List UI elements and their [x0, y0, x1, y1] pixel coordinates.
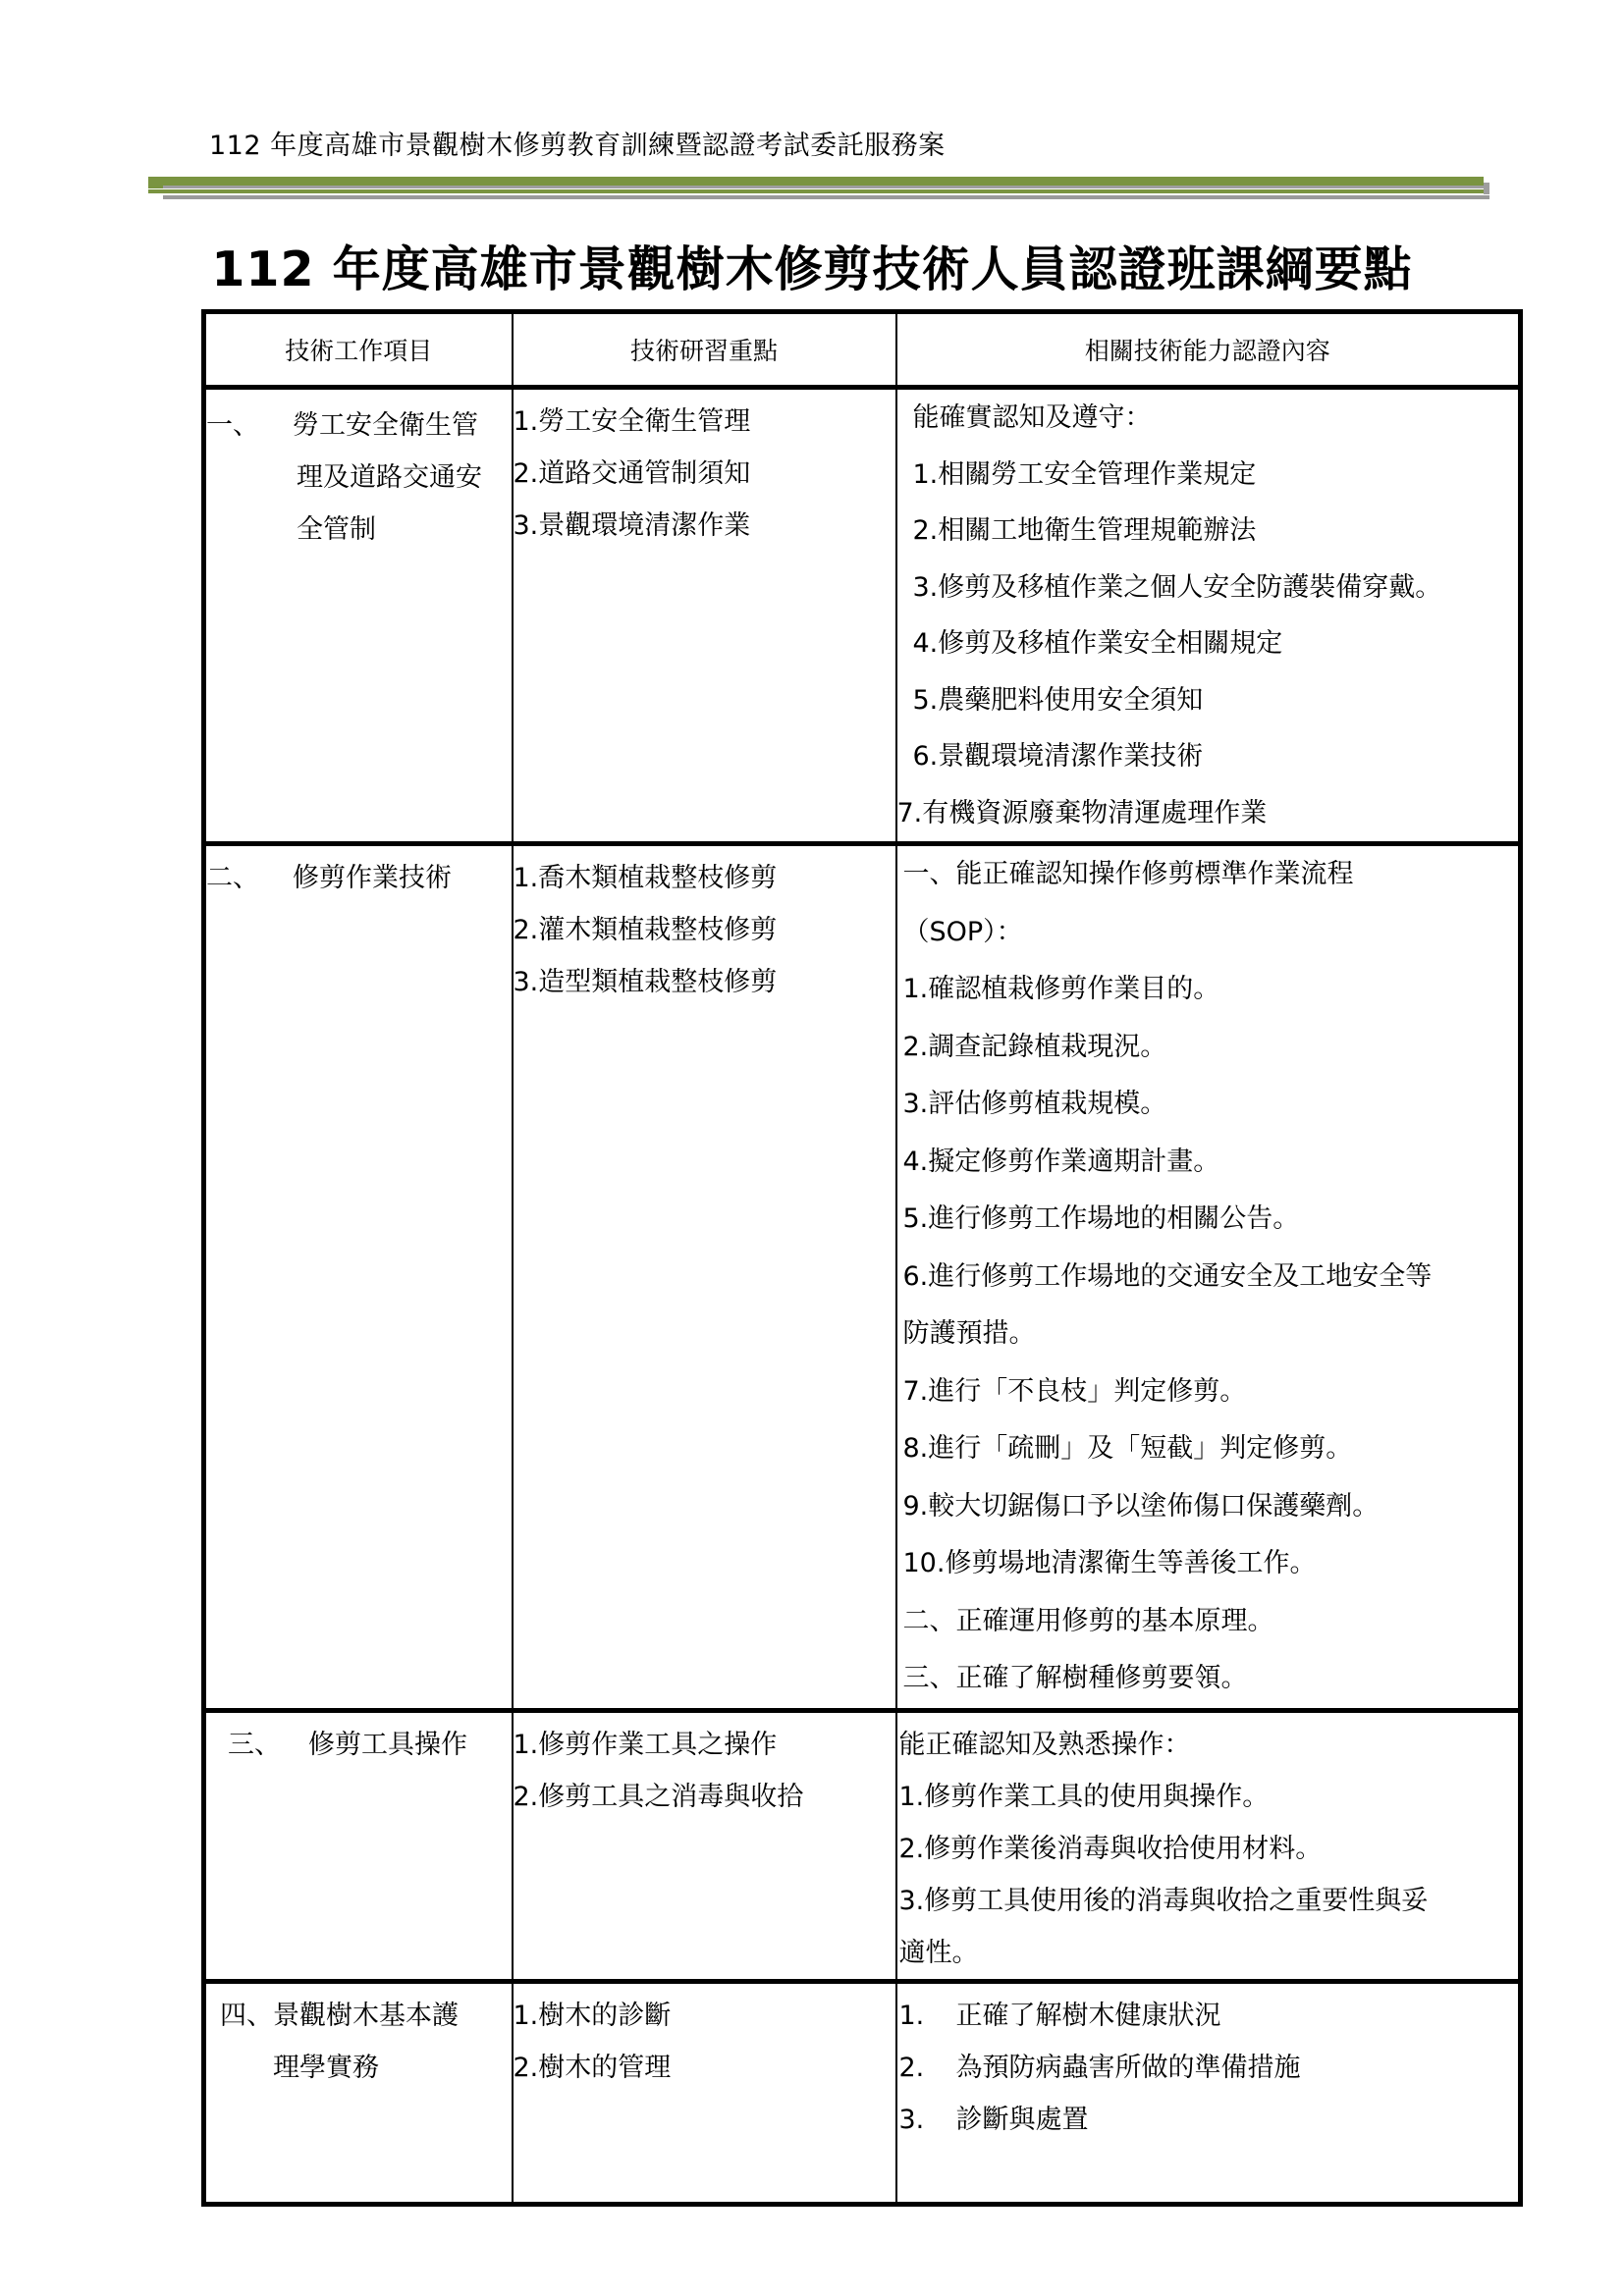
competency-item: 6.進行修剪工作場地的交通安全及工地安全等: [897, 1249, 1519, 1307]
competency-item: 2.修剪作業後消毒與收拾使用材料。: [897, 1823, 1519, 1875]
syllabus-table: 技術工作項目 技術研習重點 相關技術能力認證內容 一、勞工安全衛生管 理及道路交…: [201, 309, 1523, 2207]
competency-item: 防護預措。: [897, 1306, 1519, 1363]
competency-item: 4.修剪及移植作業安全相關規定: [897, 615, 1519, 672]
competency-item: 一、能正確認知操作修剪標準作業流程: [897, 846, 1519, 904]
item-number: 二、: [206, 852, 293, 904]
item-text: 景觀樹木基本護: [273, 2001, 459, 2031]
competency-item: 適性。: [897, 1927, 1519, 1979]
training-focus-cell: 1.勞工安全衛生管理 2.道路交通管制須知 3.景觀環境清潔作業: [513, 388, 896, 844]
header-rule-green-thin: [148, 189, 1484, 193]
item-text: 理學實務: [220, 2042, 512, 2094]
training-focus-cell: 1.喬木類植栽整枝修剪 2.灌木類植栽整枝修剪 3.造型類植栽整枝修剪: [513, 844, 896, 1711]
competency-item: 2.調查記錄植栽現況。: [897, 1019, 1519, 1077]
running-header: 112 年度高雄市景觀樹木修剪教育訓練暨認證考試委託服務案: [209, 124, 946, 162]
competency-item: 9.較大切鋸傷口予以塗佈傷口保護藥劑。: [897, 1478, 1519, 1536]
competency-item: 三、正確了解樹種修剪要領。: [897, 1650, 1519, 1708]
column-header-work-item: 技術工作項目: [204, 312, 513, 388]
competency-item: 5.農藥肥料使用安全須知: [897, 672, 1519, 729]
focus-item: 3.造型類植栽整枝修剪: [514, 956, 895, 1008]
header-rule-gray: [163, 195, 1489, 199]
focus-item: 1.勞工安全衛生管理: [514, 396, 895, 448]
focus-item: 1.修剪作業工具之操作: [514, 1719, 895, 1771]
item-text: 修剪工具操作: [308, 1730, 467, 1760]
item-text: 全管制: [206, 504, 512, 556]
item-text: 勞工安全衛生管: [293, 410, 478, 441]
item-text: 理及道路交通安: [206, 452, 512, 504]
training-focus-cell: 1.樹木的診斷 2.樹木的管理: [513, 1981, 896, 2204]
competency-item: 1.正確了解樹木健康狀況: [897, 1990, 1519, 2042]
page-title: 112 年度高雄市景觀樹木修剪技術人員認證班課綱要點: [0, 232, 1624, 300]
table-row: 四、景觀樹木基本護 理學實務 1.樹木的診斷 2.樹木的管理 1.正確了解樹木健…: [204, 1981, 1521, 2204]
item-text: 修剪作業技術: [293, 863, 452, 893]
training-focus-cell: 1.修剪作業工具之操作 2.修剪工具之消毒與收拾: [513, 1710, 896, 1981]
competency-cell: 能確實認知及遵守： 1.相關勞工安全管理作業規定 2.相關工地衛生管理規範辦法 …: [896, 388, 1521, 844]
competency-item: 3.診斷與處置: [897, 2094, 1519, 2146]
work-item-cell: 四、景觀樹木基本護 理學實務: [204, 1981, 513, 2204]
competency-cell: 能正確認知及熟悉操作： 1.修剪作業工具的使用與操作。 2.修剪作業後消毒與收拾…: [896, 1710, 1521, 1981]
competency-item: 1.確認植栽修剪作業目的。: [897, 961, 1519, 1019]
header-rule-gray-inner: [163, 186, 1489, 188]
competency-item: 2.為預防病蟲害所做的準備措施: [897, 2042, 1519, 2094]
focus-item: 1.樹木的診斷: [514, 1990, 895, 2042]
competency-cell: 1.正確了解樹木健康狀況 2.為預防病蟲害所做的準備措施 3.診斷與處置: [896, 1981, 1521, 2204]
item-number: 三、: [228, 1719, 308, 1771]
table-row: 三、修剪工具操作 1.修剪作業工具之操作 2.修剪工具之消毒與收拾 能正確認知及…: [204, 1710, 1521, 1981]
competency-item: 2.相關工地衛生管理規範辦法: [897, 503, 1519, 560]
competency-item: 能正確認知及熟悉操作：: [897, 1719, 1519, 1771]
work-item-cell: 一、勞工安全衛生管 理及道路交通安 全管制: [204, 388, 513, 844]
competency-cell: 一、能正確認知操作修剪標準作業流程 （SOP）： 1.確認植栽修剪作業目的。 2…: [896, 844, 1521, 1711]
competency-item: 6.景觀環境清潔作業技術: [897, 728, 1519, 785]
column-header-training-focus: 技術研習重點: [513, 312, 896, 388]
work-item-cell: 二、修剪作業技術: [204, 844, 513, 1711]
competency-item: 3.修剪工具使用後的消毒與收拾之重要性與妥: [897, 1875, 1519, 1927]
item-number: 四、: [220, 2001, 273, 2031]
item-number: 一、: [206, 400, 293, 452]
competency-item: （SOP）：: [897, 904, 1519, 962]
competency-item: 3.修剪及移植作業之個人安全防護裝備穿戴。: [897, 560, 1519, 616]
table-row: 二、修剪作業技術 1.喬木類植栽整枝修剪 2.灌木類植栽整枝修剪 3.造型類植栽…: [204, 844, 1521, 1711]
competency-item: 7.進行「不良枝」判定修剪。: [897, 1363, 1519, 1421]
competency-item: 二、正確運用修剪的基本原理。: [897, 1593, 1519, 1651]
table-header-row: 技術工作項目 技術研習重點 相關技術能力認證內容: [204, 312, 1521, 388]
competency-item: 3.評估修剪植栽規模。: [897, 1076, 1519, 1134]
work-item-cell: 三、修剪工具操作: [204, 1710, 513, 1981]
focus-item: 2.樹木的管理: [514, 2042, 895, 2094]
header-rule-shadow: [1484, 183, 1489, 194]
table-row: 一、勞工安全衛生管 理及道路交通安 全管制 1.勞工安全衛生管理 2.道路交通管…: [204, 388, 1521, 844]
competency-item: 5.進行修剪工作場地的相關公告。: [897, 1191, 1519, 1249]
focus-item: 3.景觀環境清潔作業: [514, 500, 895, 552]
competency-item: 4.擬定修剪作業適期計畫。: [897, 1134, 1519, 1192]
competency-item: 8.進行「疏刪」及「短截」判定修剪。: [897, 1420, 1519, 1478]
competency-item: 10.修剪場地清潔衛生等善後工作。: [897, 1535, 1519, 1593]
focus-item: 2.灌木類植栽整枝修剪: [514, 904, 895, 956]
column-header-competency: 相關技術能力認證內容: [896, 312, 1521, 388]
focus-item: 1.喬木類植栽整枝修剪: [514, 852, 895, 904]
competency-item: 7.有機資源廢棄物清運處理作業: [897, 785, 1519, 842]
competency-item: 1.修剪作業工具的使用與操作。: [897, 1771, 1519, 1823]
competency-item: 1.相關勞工安全管理作業規定: [897, 447, 1519, 504]
competency-item: 能確實認知及遵守：: [897, 390, 1519, 447]
focus-item: 2.修剪工具之消毒與收拾: [514, 1771, 895, 1823]
focus-item: 2.道路交通管制須知: [514, 448, 895, 500]
